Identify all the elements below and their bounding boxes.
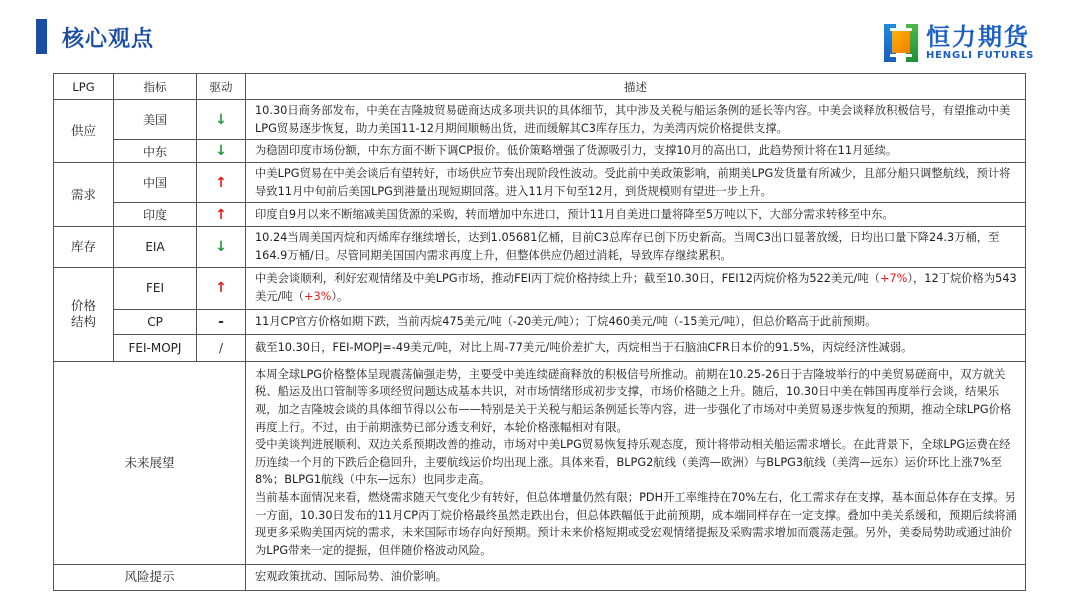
desc-text: ）。 bbox=[331, 290, 348, 303]
table-row: 需求 中国 ↑ 中美LPG贸易在中美会谈后有望转好，市场供应节奏出现阶段性波动。… bbox=[54, 163, 1026, 203]
desc-text: 中美会谈顺利，利好宏观情绪及中美LPG市场，推动FEI丙丁烷价格持续上升；截至1… bbox=[255, 272, 880, 285]
header-description: 描述 bbox=[246, 74, 1026, 100]
arrow-up-icon: ↑ bbox=[197, 267, 246, 309]
header-lpg: LPG bbox=[54, 74, 114, 100]
logo-cn-text: 恒力期货 bbox=[926, 24, 1034, 50]
logo-en-text: HENGLI FUTURES bbox=[926, 50, 1034, 62]
slash-icon: / bbox=[197, 334, 246, 361]
arrow-up-icon: ↑ bbox=[197, 163, 246, 203]
arrow-down-icon: ↓ bbox=[197, 100, 246, 140]
indicator-cell: FEI bbox=[114, 267, 197, 309]
table-row: 库存 EIA ↓ 10.24当周美国丙烷和丙烯库存继续增长，达到1.05681亿… bbox=[54, 227, 1026, 267]
description-cell: 中美会谈顺利，利好宏观情绪及中美LPG市场，推动FEI丙丁烷价格持续上升；截至1… bbox=[246, 267, 1026, 309]
description-cell: 11月CP官方价格如期下跌，当前丙烷475美元/吨（-20美元/吨）；丁烷460… bbox=[246, 309, 1026, 334]
outlook-paragraph: 本周全球LPG价格整体呈现震荡偏强走势，主要受中美连续磋商释放的积极信号所推动。… bbox=[255, 366, 1019, 436]
outlook-paragraph: 受中美谈判进展顺利、双边关系预期改善的推动，市场对中美LPG贸易恢复持乐观态度，… bbox=[255, 436, 1019, 489]
indicator-cell: FEI-MOPJ bbox=[114, 334, 197, 361]
category-line: 价格 bbox=[71, 298, 96, 313]
outlook-paragraph: 当前基本面情况来看，燃烧需求随天气变化少有转好，但总体增量仍然有限；PDH开工率… bbox=[255, 489, 1019, 559]
table-row: 中东 ↓ 为稳固印度市场份额，中东方面不断下调CP报价。低价策略增强了货源吸引力… bbox=[54, 140, 1026, 163]
indicator-cell: 中东 bbox=[114, 140, 197, 163]
category-demand: 需求 bbox=[54, 163, 114, 227]
dash-icon: - bbox=[197, 309, 246, 334]
header-drive: 驱动 bbox=[197, 74, 246, 100]
risk-label: 风险提示 bbox=[54, 564, 246, 590]
change-percent: +3% bbox=[304, 290, 331, 303]
description-cell: 截至10.30日，FEI-MOPJ=-49美元/吨，对比上周-77美元/吨价差扩… bbox=[246, 334, 1026, 361]
company-logo: 恒力期货 HENGLI FUTURES bbox=[884, 22, 1034, 64]
category-inventory: 库存 bbox=[54, 227, 114, 267]
table-row: 价格 结构 FEI ↑ 中美会谈顺利，利好宏观情绪及中美LPG市场，推动FEI丙… bbox=[54, 267, 1026, 309]
table-row: CP - 11月CP官方价格如期下跌，当前丙烷475美元/吨（-20美元/吨）；… bbox=[54, 309, 1026, 334]
description-cell: 印度自9月以来不断缩减美国货源的采购，转而增加中东进口，预计11月自美进口量将降… bbox=[246, 203, 1026, 227]
indicator-cell: CP bbox=[114, 309, 197, 334]
description-cell: 为稳固印度市场份额，中东方面不断下调CP报价。低价策略增强了货源吸引力，支撑10… bbox=[246, 140, 1026, 163]
title-accent-bar bbox=[36, 19, 47, 54]
header-indicator: 指标 bbox=[114, 74, 197, 100]
indicator-cell: 中国 bbox=[114, 163, 197, 203]
table-row-risk: 风险提示 宏观政策扰动、国际局势、油价影响。 bbox=[54, 564, 1026, 590]
table-row-outlook: 未来展望 本周全球LPG价格整体呈现震荡偏强走势，主要受中美连续磋商释放的积极信… bbox=[54, 361, 1026, 564]
page-title: 核心观点 bbox=[62, 22, 154, 53]
category-supply: 供应 bbox=[54, 100, 114, 163]
risk-description: 宏观政策扰动、国际局势、油价影响。 bbox=[246, 564, 1026, 590]
change-percent: +7% bbox=[880, 272, 907, 285]
category-price-structure: 价格 结构 bbox=[54, 267, 114, 361]
indicator-cell: EIA bbox=[114, 227, 197, 267]
arrow-up-icon: ↑ bbox=[197, 203, 246, 227]
table-row: FEI-MOPJ / 截至10.30日，FEI-MOPJ=-49美元/吨，对比上… bbox=[54, 334, 1026, 361]
indicator-cell: 印度 bbox=[114, 203, 197, 227]
core-view-table: LPG 指标 驱动 描述 供应 美国 ↓ 10.30日商务部发布，中美在吉隆坡贸… bbox=[53, 73, 1026, 591]
table-row: 供应 美国 ↓ 10.30日商务部发布，中美在吉隆坡贸易磋商达成多项共识的具体细… bbox=[54, 100, 1026, 140]
indicator-cell: 美国 bbox=[114, 100, 197, 140]
logo-mark-icon bbox=[884, 24, 918, 62]
table-header-row: LPG 指标 驱动 描述 bbox=[54, 74, 1026, 100]
outlook-description: 本周全球LPG价格整体呈现震荡偏强走势，主要受中美连续磋商释放的积极信号所推动。… bbox=[246, 361, 1026, 564]
description-cell: 中美LPG贸易在中美会谈后有望转好，市场供应节奏出现阶段性波动。受此前中美政策影… bbox=[246, 163, 1026, 203]
category-line: 结构 bbox=[71, 314, 96, 329]
arrow-down-icon: ↓ bbox=[197, 227, 246, 267]
outlook-label: 未来展望 bbox=[54, 361, 246, 564]
table-row: 印度 ↑ 印度自9月以来不断缩减美国货源的采购，转而增加中东进口，预计11月自美… bbox=[54, 203, 1026, 227]
description-cell: 10.24当周美国丙烷和丙烯库存继续增长，达到1.05681亿桶，目前C3总库存… bbox=[246, 227, 1026, 267]
arrow-down-icon: ↓ bbox=[197, 140, 246, 163]
description-cell: 10.30日商务部发布，中美在吉隆坡贸易磋商达成多项共识的具体细节，其中涉及关税… bbox=[246, 100, 1026, 140]
